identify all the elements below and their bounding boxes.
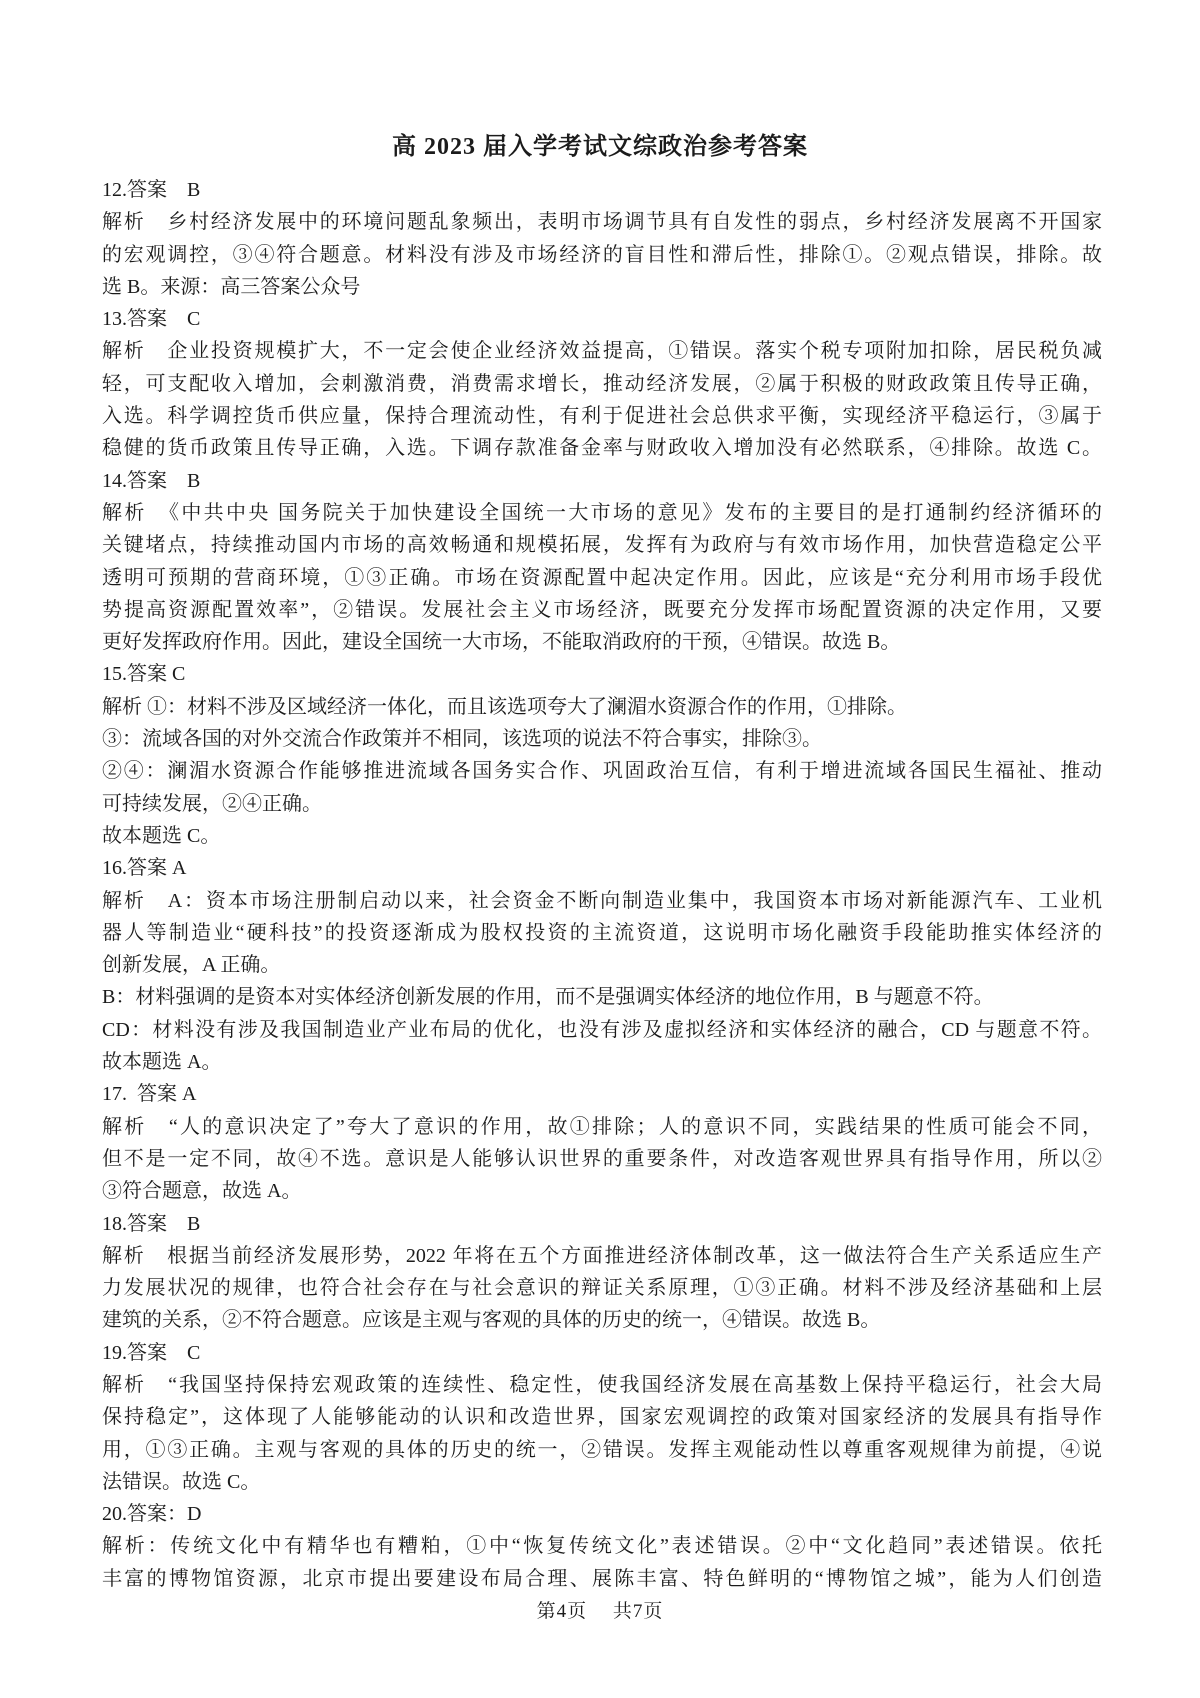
text-line: 解析：传统文化中有精华也有糟粕，①中“恢复传统文化”表述错误。②中“文化趋同”表…	[102, 1530, 1102, 1562]
text-line: 解析 “人的意识决定了”夸大了意识的作用，故①排除；人的意识不同，实践结果的性质…	[102, 1111, 1102, 1143]
text-line: 入选。科学调控货币供应量，保持合理流动性，有利于促进社会总供求平衡，实现经济平稳…	[102, 400, 1102, 432]
answer-block-17: 17. 答案 A解析 “人的意识决定了”夸大了意识的作用，故①排除；人的意识不同…	[102, 1078, 1102, 1207]
answer-block-20: 20.答案：D解析：传统文化中有精华也有糟粕，①中“恢复传统文化”表述错误。②中…	[102, 1498, 1102, 1595]
text-line: 16.答案 A	[102, 852, 1102, 884]
answer-block-13: 13.答案 C解析 企业投资规模扩大，不一定会使企业经济效益提高，①错误。落实个…	[102, 303, 1102, 464]
text-line: 但不是一定不同，故④不选。意识是人能够认识世界的重要条件，对改造客观世界具有指导…	[102, 1143, 1102, 1175]
text-line: 14.答案 B	[102, 465, 1102, 497]
answer-block-16: 16.答案 A解析 A：资本市场注册制启动以来，社会资金不断向制造业集中，我国资…	[102, 852, 1102, 1078]
text-line: ②④：澜湄水资源合作能够推进流域各国务实合作、巩固政治互信，有利于增进流域各国民…	[102, 755, 1102, 787]
text-line: 更好发挥政府作用。因此，建设全国统一大市场，不能取消政府的干预，④错误。故选 B…	[102, 626, 1102, 658]
text-line: 创新发展，A 正确。	[102, 949, 1102, 981]
page-title: 高 2023 届入学考试文综政治参考答案	[0, 0, 1200, 161]
text-line: 建筑的关系，②不符合题意。应该是主观与客观的具体的历史的统一，④错误。故选 B。	[102, 1304, 1102, 1336]
text-line: 解析 乡村经济发展中的环境问题乱象频出，表明市场调节具有自发性的弱点，乡村经济发…	[102, 206, 1102, 238]
text-line: 故本题选 C。	[102, 820, 1102, 852]
text-line: 17. 答案 A	[102, 1078, 1102, 1110]
document-lines: 12.答案 B解析 乡村经济发展中的环境问题乱象频出，表明市场调节具有自发性的弱…	[102, 174, 1102, 1595]
text-line: 的宏观调控，③④符合题意。材料没有涉及市场经济的盲目性和滞后性，排除①。②观点错…	[102, 239, 1102, 271]
text-line: 透明可预期的营商环境，①③正确。市场在资源配置中起决定作用。因此，应该是“充分利…	[102, 562, 1102, 594]
text-line: 20.答案：D	[102, 1498, 1102, 1530]
text-line: 可持续发展，②④正确。	[102, 788, 1102, 820]
text-line: 丰富的博物馆资源，北京市提出要建设布局合理、展陈丰富、特色鲜明的“博物馆之城”，…	[102, 1563, 1102, 1595]
answer-key-page: 高 2023 届入学考试文综政治参考答案 12.答案 B解析 乡村经济发展中的环…	[0, 0, 1200, 1698]
answer-block-14: 14.答案 B解析 《中共中央 国务院关于加快建设全国统一大市场的意见》发布的主…	[102, 465, 1102, 659]
text-line: 用，①③正确。主观与客观的具体的历史的统一，②错误。发挥主观能动性以尊重客观规律…	[102, 1434, 1102, 1466]
text-line: 保持稳定”，这体现了人能够能动的认识和改造世界，国家宏观调控的政策对国家经济的发…	[102, 1401, 1102, 1433]
text-line: ③符合题意，故选 A。	[102, 1175, 1102, 1207]
text-line: 解析 A：资本市场注册制启动以来，社会资金不断向制造业集中，我国资本市场对新能源…	[102, 885, 1102, 917]
answer-block-19: 19.答案 C解析 “我国坚持保持宏观政策的连续性、稳定性，使我国经济发展在高基…	[102, 1337, 1102, 1498]
text-line: 解析 企业投资规模扩大，不一定会使企业经济效益提高，①错误。落实个税专项附加扣除…	[102, 335, 1102, 367]
text-line: 12.答案 B	[102, 174, 1102, 206]
text-line: 18.答案 B	[102, 1208, 1102, 1240]
answer-block-18: 18.答案 B解析 根据当前经济发展形势，2022 年将在五个方面推进经济体制改…	[102, 1208, 1102, 1337]
text-line: 力发展状况的规律，也符合社会存在与社会意识的辩证关系原理，①③正确。材料不涉及经…	[102, 1272, 1102, 1304]
page-footer: 第4页 共7页	[0, 1596, 1200, 1623]
text-line: 解析 《中共中央 国务院关于加快建设全国统一大市场的意见》发布的主要目的是打通制…	[102, 497, 1102, 529]
text-line: 解析 根据当前经济发展形势，2022 年将在五个方面推进经济体制改革，这一做法符…	[102, 1240, 1102, 1272]
text-line: 解析 “我国坚持保持宏观政策的连续性、稳定性，使我国经济发展在高基数上保持平稳运…	[102, 1369, 1102, 1401]
text-line: 15.答案 C	[102, 658, 1102, 690]
text-line: 13.答案 C	[102, 303, 1102, 335]
answer-block-12: 12.答案 B解析 乡村经济发展中的环境问题乱象频出，表明市场调节具有自发性的弱…	[102, 174, 1102, 303]
text-line: 稳健的货币政策且传导正确，入选。下调存款准备金率与财政收入增加没有必然联系，④排…	[102, 432, 1102, 464]
text-line: 选 B。来源：高三答案公众号	[102, 271, 1102, 303]
text-line: B：材料强调的是资本对实体经济创新发展的作用，而不是强调实体经济的地位作用，B …	[102, 981, 1102, 1013]
text-line: 故本题选 A。	[102, 1046, 1102, 1078]
text-line: 法错误。故选 C。	[102, 1466, 1102, 1498]
text-line: CD：材料没有涉及我国制造业产业布局的优化，也没有涉及虚拟经济和实体经济的融合，…	[102, 1014, 1102, 1046]
text-line: 器人等制造业“硬科技”的投资逐渐成为股权投资的主流资道，这说明市场化融资手段能助…	[102, 917, 1102, 949]
text-line: 关键堵点，持续推动国内市场的高效畅通和规模拓展，发挥有为政府与有效市场作用，加快…	[102, 529, 1102, 561]
text-line: ③：流域各国的对外交流合作政策并不相同，该选项的说法不符合事实，排除③。	[102, 723, 1102, 755]
answer-block-15: 15.答案 C解析 ①：材料不涉及区域经济一体化，而且该选项夸大了澜湄水资源合作…	[102, 658, 1102, 852]
text-line: 轻，可支配收入增加，会刺激消费，消费需求增长，推动经济发展，②属于积极的财政政策…	[102, 368, 1102, 400]
text-line: 势提高资源配置效率”，②错误。发展社会主义市场经济，既要充分发挥市场配置资源的决…	[102, 594, 1102, 626]
text-line: 解析 ①：材料不涉及区域经济一体化，而且该选项夸大了澜湄水资源合作的作用，①排除…	[102, 691, 1102, 723]
text-line: 19.答案 C	[102, 1337, 1102, 1369]
